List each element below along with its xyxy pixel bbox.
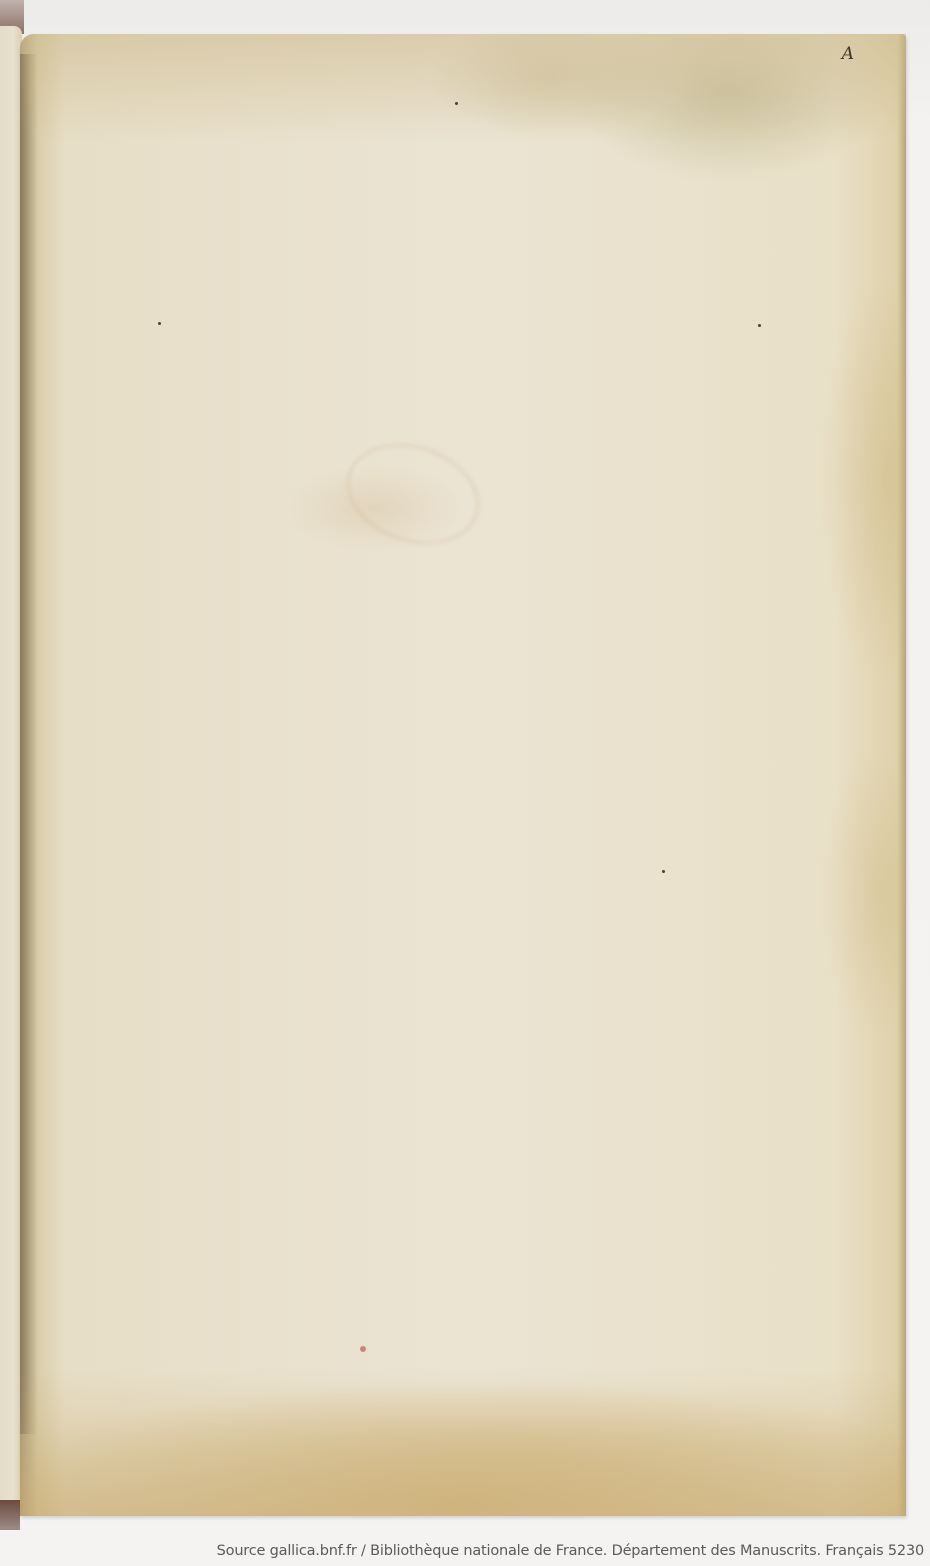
- page-viewer: A Source gallica.bnf.fr / Bibliothèque n…: [0, 0, 930, 1566]
- folio-mark: A: [842, 44, 854, 64]
- ink-speck: [758, 324, 761, 327]
- facing-page-edge: [0, 26, 22, 1506]
- source-caption: Source gallica.bnf.fr / Bibliothèque nat…: [217, 1543, 924, 1559]
- gutter-stain: [20, 54, 38, 1434]
- ink-speck: [662, 870, 665, 873]
- red-spot: [360, 1346, 366, 1352]
- oval-stain: [333, 427, 492, 560]
- binding-cover-bottom: [0, 1500, 20, 1530]
- ink-speck: [455, 102, 458, 105]
- manuscript-leaf: A: [20, 34, 906, 1516]
- ink-speck: [158, 322, 161, 325]
